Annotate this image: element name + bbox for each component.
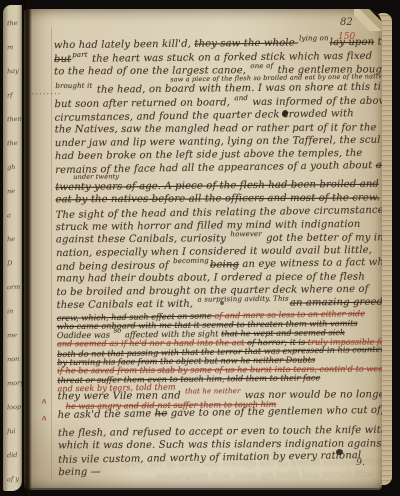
manuscript-text-segment: he ask'd the same <box>58 408 155 421</box>
ink-blot <box>336 449 343 455</box>
manuscript-text-segment: many had their doubts about, I ordered a… <box>56 272 365 285</box>
manuscript-line: against these Canibals, curiosity howeve… <box>56 232 382 245</box>
manuscript-line: who had lately been kill'd, they saw the… <box>54 36 382 51</box>
manuscript-text-segment: the flesh, and refused to accept or even… <box>58 425 382 439</box>
photo-frame: { "colors":{"background":"#0d0c0a","pape… <box>0 0 400 496</box>
interlined-insertion: however <box>230 230 261 238</box>
book-gutter-shadow <box>20 0 32 496</box>
manuscript-line: brought it the head, on board with them.… <box>54 82 382 97</box>
manuscript-text-segment: the Natives, saw the mangled head or rat… <box>55 122 377 135</box>
manuscript-line: ʌ <box>42 412 47 422</box>
struck-text: being <box>210 259 239 270</box>
show-through-ghost-text: struck me with horror and filled my mind… <box>156 469 382 482</box>
struck-text: twenty years of age. A piece of the fles… <box>55 179 379 193</box>
interlined-insertion: lying on <box>299 34 329 42</box>
manuscript-line: struck me with horror and filled my mind… <box>56 219 361 233</box>
red-ink-text: ʌ <box>42 412 47 422</box>
manuscript-text-segment: who had lately been kill'd, <box>54 39 195 51</box>
interlined-insertion: part <box>72 51 88 59</box>
manuscript-line: butpart the heart was stuck on a forked … <box>54 51 372 65</box>
manuscript-text-segment: the heart was stuck on a forked stick wh… <box>89 51 373 65</box>
manuscript-text-segment: which it was done. Such was this islande… <box>58 438 382 451</box>
manuscript-line: being — <box>58 467 101 478</box>
manuscript-line: many had their doubts about, I ordered a… <box>56 272 365 285</box>
show-through-ghost-text: eat by the natives before all the office… <box>121 457 382 470</box>
manuscript-line: which it was done. Such was this islande… <box>58 438 382 451</box>
manuscript-text-segment: under twenty <box>73 172 119 180</box>
ink-blot <box>220 301 224 305</box>
struck-text: but <box>54 54 71 65</box>
manuscript-line: under jaw and lip were wanting, lying on… <box>55 135 381 149</box>
manuscript-line: the flesh, and refused to accept or even… <box>58 425 382 439</box>
interlined-insertion: brought it <box>55 82 92 90</box>
manuscript-line: ʌ <box>42 395 47 405</box>
red-ink-text: ʌ <box>42 395 47 405</box>
interlined-insertion: a surprising avidity. This <box>197 295 288 304</box>
struck-text: an amazing greediness before the <box>290 296 382 309</box>
manuscript-text-segment: the beach <box>374 36 382 48</box>
manuscript-page: 82 150 who had lately been kill'd, they … <box>24 9 382 488</box>
struck-text: lay upon <box>330 37 375 48</box>
interlined-insertion: becoming <box>173 257 209 266</box>
manuscript-text-segment: being — <box>58 467 101 478</box>
manuscript-text: who had lately been kill'd, they saw the… <box>24 9 382 488</box>
struck-text: above, <box>376 159 382 171</box>
manuscript-text-segment: struck me with horror and filled my mind… <box>56 219 361 233</box>
manuscript-text-segment: these Canibals eat it with, <box>57 299 197 311</box>
manuscript-line: under twenty <box>73 172 119 180</box>
manuscript-text-segment: but soon after returned on board, <box>54 97 233 110</box>
manuscript-line: the Natives, saw the mangled head or rat… <box>55 122 377 135</box>
manuscript-line: eat by the natives before all the office… <box>55 192 379 205</box>
interlined-insertion: one of <box>250 62 273 70</box>
struck-text: eat by the natives before all the office… <box>55 192 379 205</box>
manuscript-text-segment: circumstances, and found the quarter dec… <box>55 108 354 124</box>
manuscript-text-segment: got the better of my indig <box>263 232 382 244</box>
manuscript-text-segment: was informed of the above <box>249 96 382 108</box>
struck-text: they saw the whole <box>194 38 298 50</box>
interlined-insertion: and <box>234 94 248 102</box>
manuscript-text-segment: an eye witness to a fact which <box>239 257 382 271</box>
struck-text: he <box>155 408 168 419</box>
manuscript-line: twenty years of age. A piece of the fles… <box>55 179 379 193</box>
manuscript-text-segment: under jaw and lip were wanting, lying on… <box>55 135 381 149</box>
manuscript-line: circumstances, and found the quarter dec… <box>55 108 354 124</box>
manuscript-text-segment: gave to one of the gentlemen who cut off <box>167 405 382 419</box>
red-interlined-insertion: that he neither <box>185 387 240 395</box>
interlined-insertion: so <box>114 326 122 334</box>
manuscript-line: and being desirous of becomingbeing an e… <box>56 257 382 273</box>
signature-number: 9. <box>356 457 365 468</box>
manuscript-text-segment: and being desirous of <box>56 260 172 273</box>
manuscript-text-segment: against these Canibals, curiosity <box>56 233 230 245</box>
